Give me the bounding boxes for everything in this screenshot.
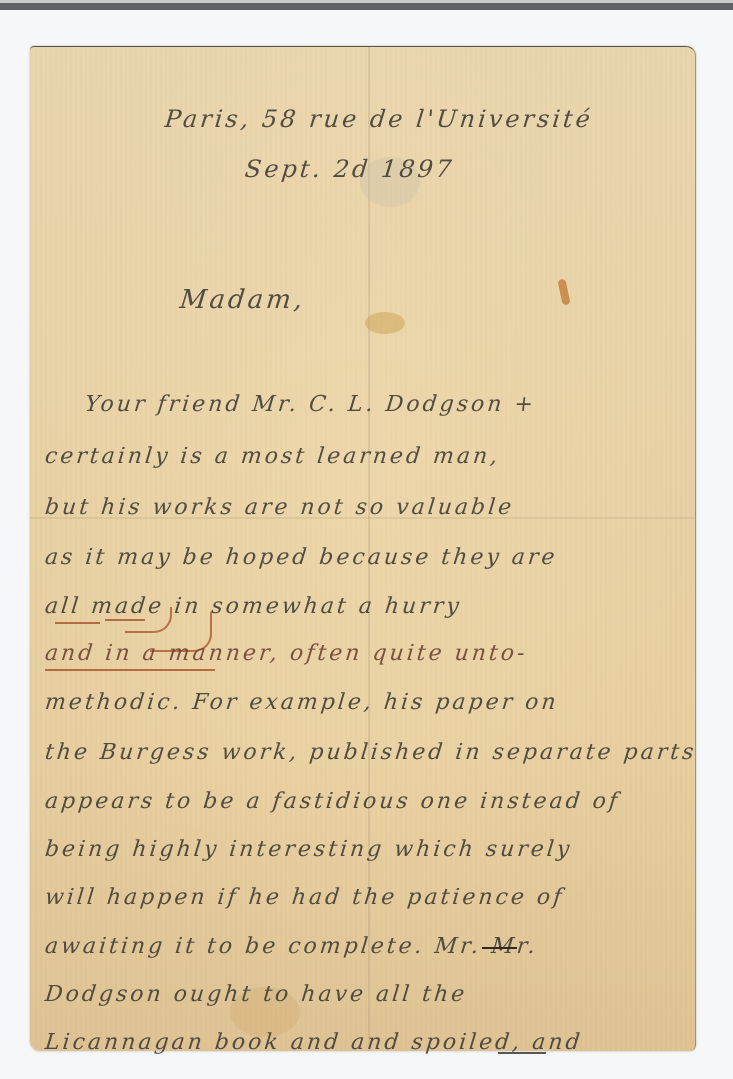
body-line: methodic. For example, his paper on — [44, 690, 560, 715]
body-line: certainly is a most learned man, — [44, 444, 502, 469]
date-line: Sept. 2d 1897 — [244, 155, 456, 183]
body-line: Dodgson ought to have all the — [44, 982, 469, 1007]
body-line: as it may be hoped because they are — [44, 545, 559, 570]
body-line: all made in somewhat a hurry — [44, 594, 463, 619]
body-line: the Burgess work, published in separate … — [44, 740, 698, 765]
paper-stain — [557, 278, 570, 305]
letter-sheet: Paris, 58 rue de l'Université Sept. 2d 1… — [30, 46, 696, 1051]
body-line: and in a manner, often quite unto- — [44, 641, 529, 666]
address-line: Paris, 58 rue de l'Université — [164, 105, 595, 133]
salutation: Madam, — [178, 285, 306, 315]
paper-stain — [365, 312, 405, 334]
strikethrough-mark — [482, 947, 517, 949]
body-line: appears to be a fastidious one instead o… — [44, 789, 622, 814]
red-pencil-underline — [55, 622, 100, 624]
body-line: will happen if he had the patience of — [44, 885, 566, 910]
body-line: but his works are not so valuable — [44, 495, 516, 520]
body-line: awaiting it to be complete. Mr. Mr. — [44, 934, 540, 959]
scan-background: Paris, 58 rue de l'Université Sept. 2d 1… — [0, 10, 733, 1079]
red-pencil-underline — [45, 669, 215, 671]
body-line: being highly interesting which surely — [44, 837, 574, 862]
body-line: Your friend Mr. C. L. Dodgson + — [84, 392, 538, 417]
viewer-top-bar — [0, 0, 733, 10]
ink-underline — [498, 1052, 546, 1054]
